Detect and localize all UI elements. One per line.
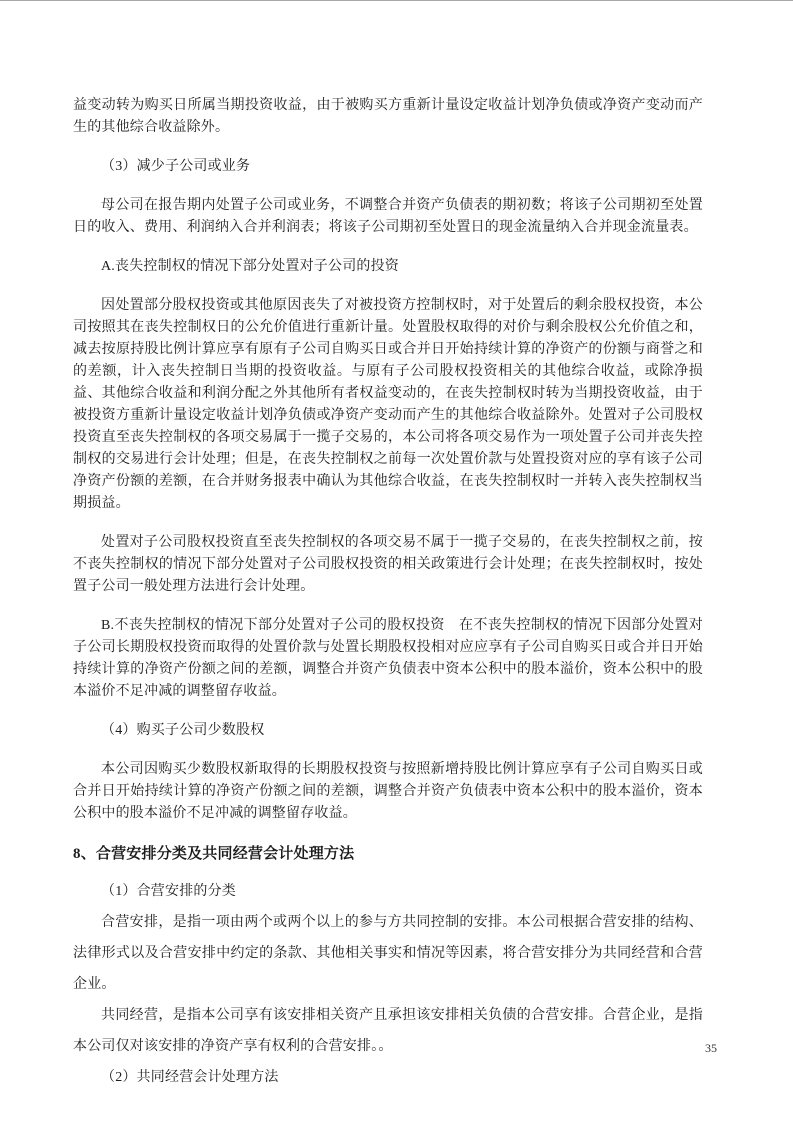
paragraph-loss-of-control: 因处置部分股权投资或其他原因丧失了对被投资方控制权时，对于处置后的剩余股权投资，… (73, 295, 703, 515)
item-1-joint-arrangement-heading: （1）合营安排的分类 (73, 876, 703, 907)
document-page: 益变动转为购买日所属当期投资收益，由于被购买方重新计量设定收益计划净负债或净资产… (0, 0, 793, 1122)
page-number: 35 (705, 1040, 717, 1056)
paragraph-joint-arrangement-definition: 合营安排，是指一项由两个或两个以上的参与方共同控制的安排。本公司根据合营安排的结… (73, 907, 703, 1000)
page-content: 益变动转为购买日所属当期投资收益，由于被购买方重新计量设定收益计划净负债或净资产… (73, 95, 703, 1093)
paragraph-b-partial-disposal: B.不丧失控制权的情况下部分处置对子公司的股权投资 在不丧失控制权的情况下因部分… (73, 615, 703, 703)
paragraph-minority-equity: 本公司因购买少数股权新取得的长期股权投资与按照新增持股比例计算应享有子公司自购买… (73, 759, 703, 825)
paragraph-parent-disposal: 母公司在报告期内处置子公司或业务，不调整合并资产负债表的期初数；将该子公司期初至… (73, 195, 703, 239)
paragraph-non-package-transactions: 处置对子公司股权投资直至丧失控制权的各项交易不属于一揽子交易的，在丧失控制权之前… (73, 532, 703, 598)
item-a-loss-of-control-heading: A.丧失控制权的情况下部分处置对子公司的投资 (73, 256, 703, 278)
paragraph-carryover: 益变动转为购买日所属当期投资收益，由于被购买方重新计量设定收益计划净负债或净资产… (73, 95, 703, 139)
item-2-joint-operation-accounting-heading: （2）共同经营会计处理方法 (73, 1062, 703, 1093)
paragraph-joint-operation-definition: 共同经营，是指本公司享有该安排相关资产且承担该安排相关负债的合营安排。合营企业，… (73, 1000, 703, 1062)
section-8-heading: 8、合营安排分类及共同经营会计处理方法 (73, 842, 703, 866)
item-3-subsidiary-reduction-heading: （3）减少子公司或业务 (73, 156, 703, 178)
item-4-minority-equity-heading: （4）购买子公司少数股权 (73, 720, 703, 742)
